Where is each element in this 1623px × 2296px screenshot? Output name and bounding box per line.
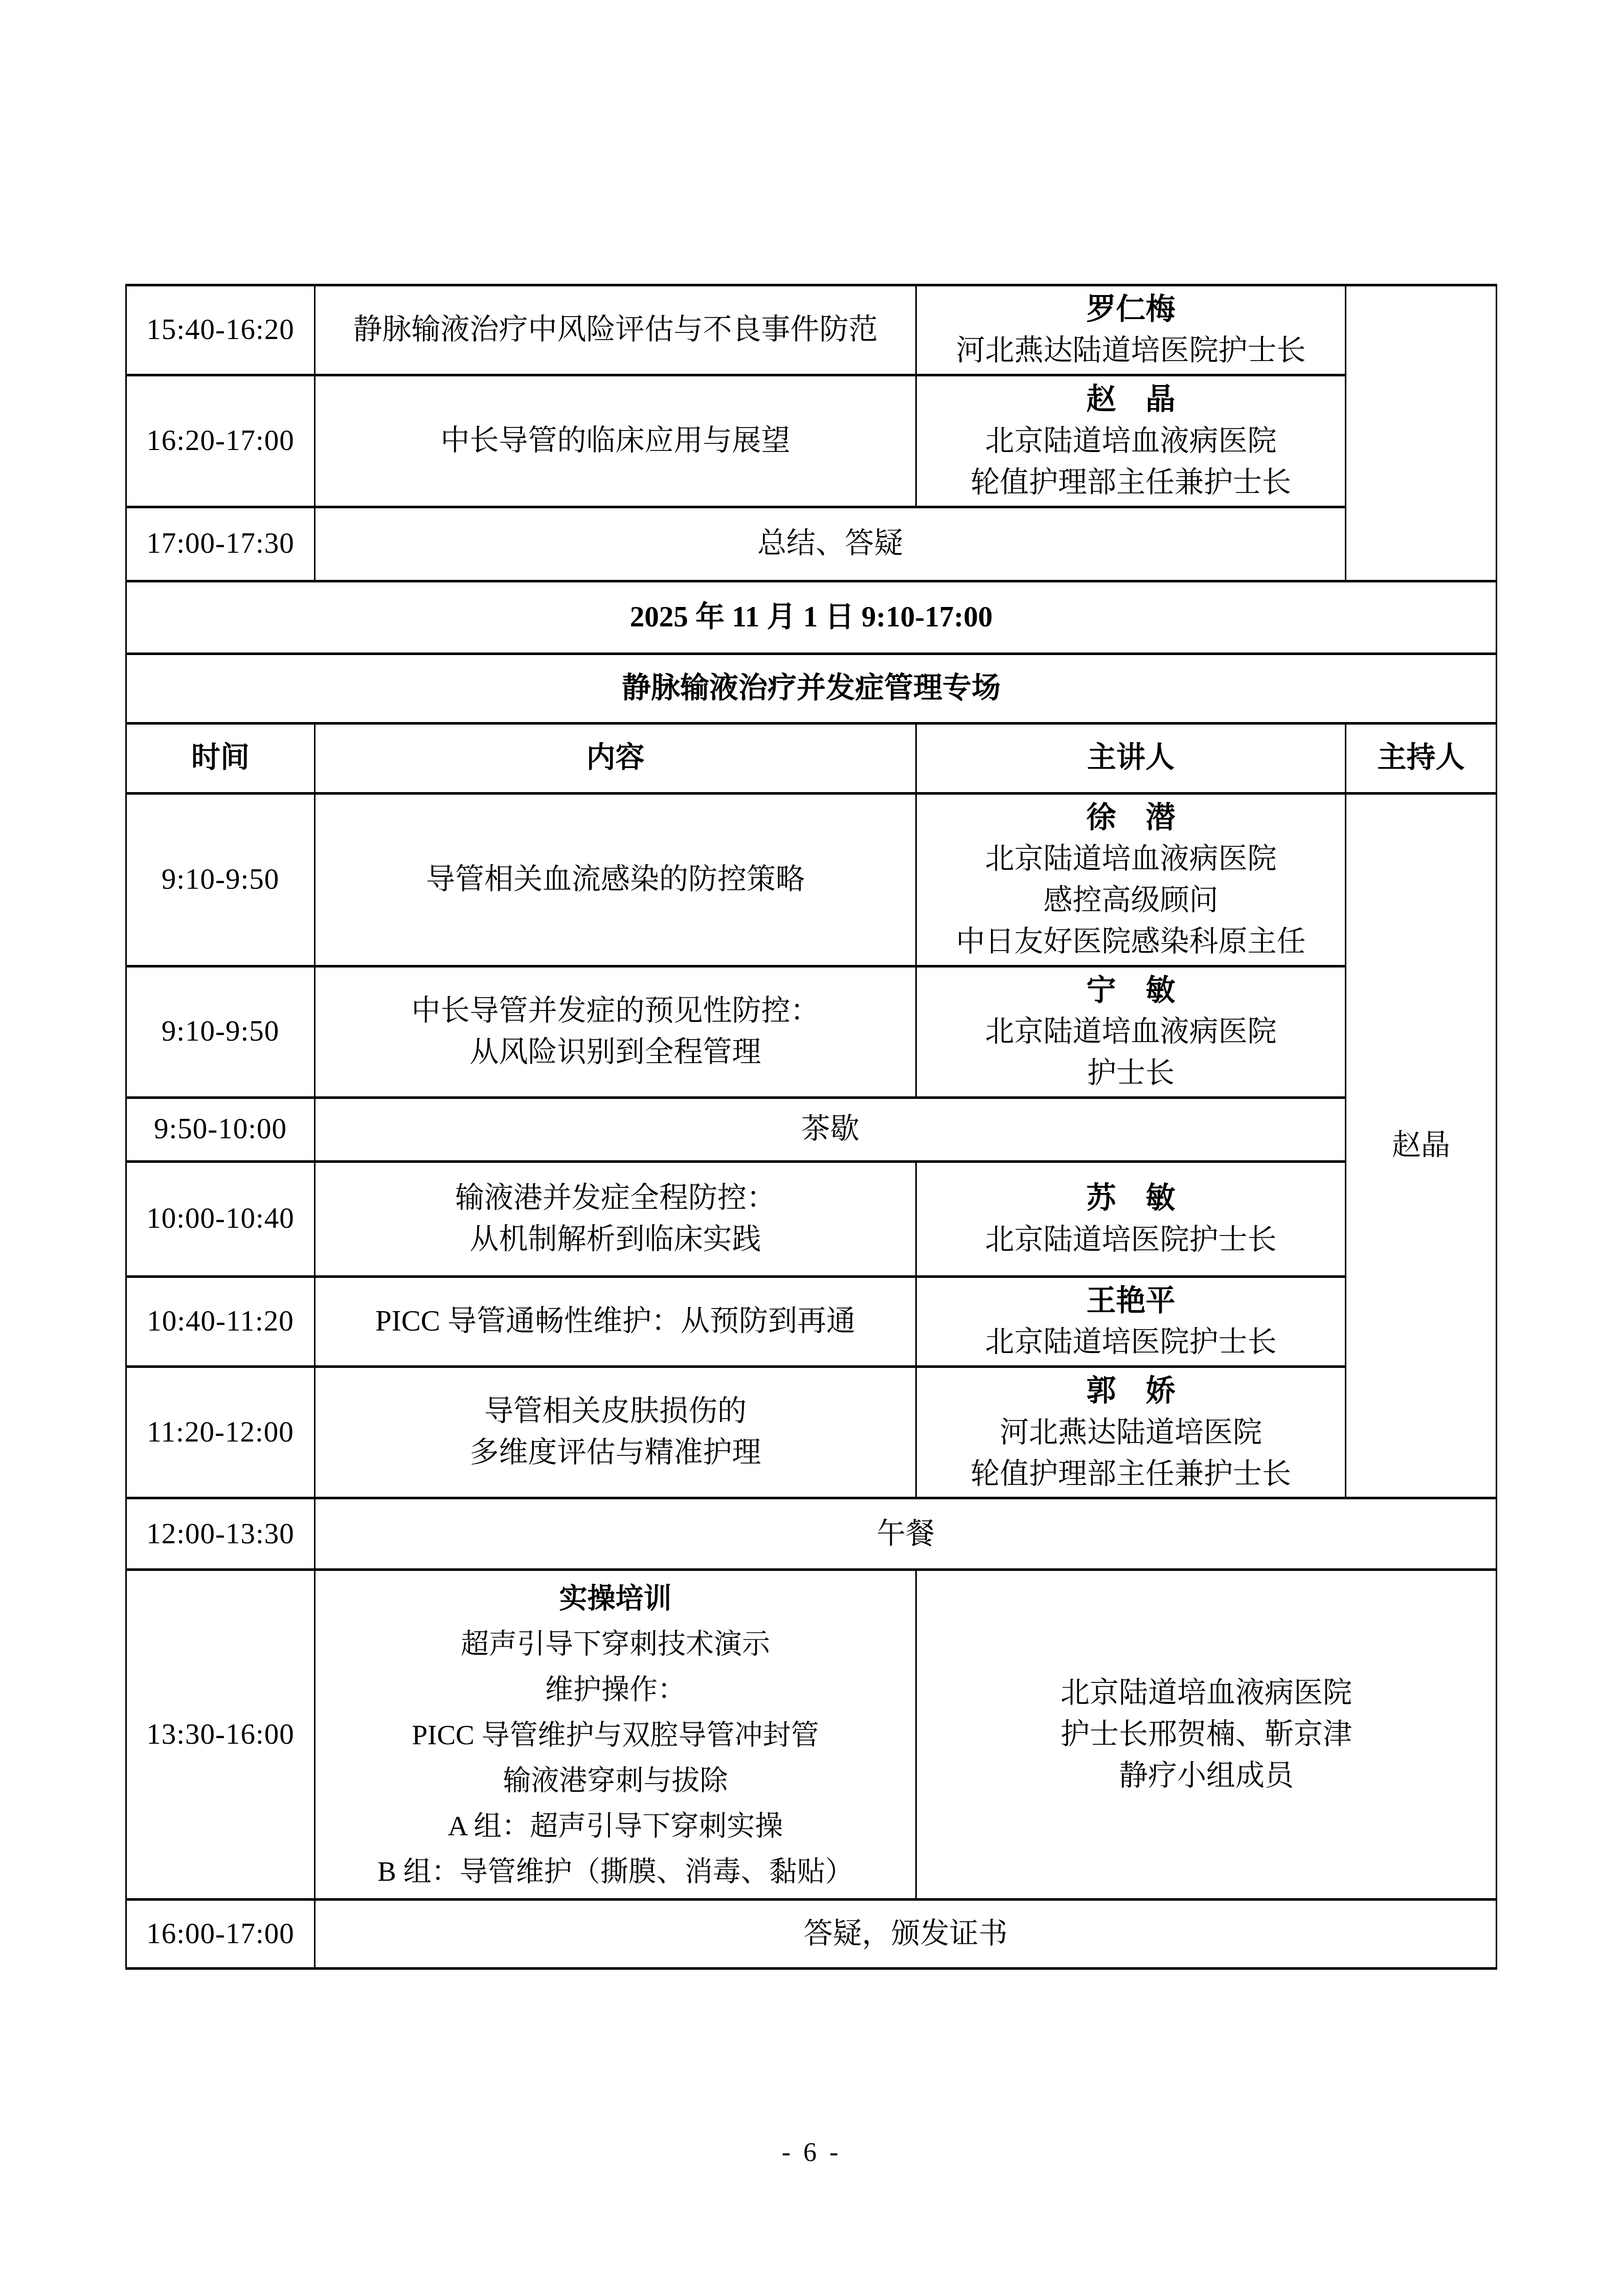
conference-schedule-table: 15:40-16:20 静脉输液治疗中风险评估与不良事件防范 罗仁梅 河北燕达陆…: [125, 284, 1497, 1970]
speaker-affiliation: 北京陆道培血液病医院 轮值护理部主任兼护士长: [920, 421, 1342, 504]
speaker-affiliation: 河北燕达陆道培医院护士长: [920, 330, 1342, 372]
time-cell: 9:10-9:50: [126, 793, 315, 966]
speaker-name: 郭 娇: [920, 1370, 1342, 1412]
host-cell: 赵晶: [1346, 793, 1497, 1498]
speaker-cell: 郭 娇 河北燕达陆道培医院 轮值护理部主任兼护士长: [916, 1367, 1346, 1498]
header-cell-content: 内容: [315, 723, 916, 793]
table-row: 10:40-11:20 PICC 导管通畅性维护：从预防到再通 王艳平 北京陆道…: [126, 1276, 1497, 1366]
session-title: 静脉输液治疗并发症管理专场: [126, 654, 1497, 723]
table-row: 11:20-12:00 导管相关皮肤损伤的 多维度评估与精准护理 郭 娇 河北燕…: [126, 1367, 1497, 1498]
content-cell: 中长导管的临床应用与展望: [315, 375, 916, 507]
date-header: 2025 年 11 月 1 日 9:10-17:00: [126, 581, 1497, 654]
column-header-row: 时间 内容 主讲人 主持人: [126, 723, 1497, 793]
time-cell: 12:00-13:30: [126, 1498, 315, 1570]
time-cell: 9:50-10:00: [126, 1097, 315, 1161]
speaker-affiliation: 北京陆道培血液病医院 感控高级顾问 中日友好医院感染科原主任: [920, 839, 1342, 963]
speaker-name: 赵 晶: [920, 378, 1342, 420]
content-cell: 午餐: [315, 1498, 1497, 1570]
practice-session-details: 超声引导下穿刺技术演示 维护操作： PICC 导管维护与双腔导管冲封管 输液港穿…: [319, 1621, 912, 1895]
speaker-cell: 北京陆道培血液病医院 护士长邢贺楠、靳京津 静疗小组成员: [916, 1570, 1497, 1900]
speaker-name: 王艳平: [920, 1280, 1342, 1322]
table-row: 9:10-9:50 导管相关血流感染的防控策略 徐 潜 北京陆道培血液病医院 感…: [126, 793, 1497, 966]
content-cell: 答疑，颁发证书: [315, 1900, 1497, 1969]
speaker-cell: 徐 潜 北京陆道培血液病医院 感控高级顾问 中日友好医院感染科原主任: [916, 793, 1346, 966]
speaker-cell: 王艳平 北京陆道培医院护士长: [916, 1276, 1346, 1366]
program-page: 15:40-16:20 静脉输液治疗中风险评估与不良事件防范 罗仁梅 河北燕达陆…: [0, 0, 1623, 2296]
content-cell: 导管相关皮肤损伤的 多维度评估与精准护理: [315, 1367, 916, 1498]
speaker-cell: 宁 敏 北京陆道培血液病医院 护士长: [916, 966, 1346, 1097]
time-cell: 10:40-11:20: [126, 1276, 315, 1366]
time-cell: 11:20-12:00: [126, 1367, 315, 1498]
page-number: - 6 -: [0, 2137, 1623, 2168]
content-cell: 总结、答疑: [315, 507, 1346, 581]
speaker-cell: 赵 晶 北京陆道培血液病医院 轮值护理部主任兼护士长: [916, 375, 1346, 507]
time-cell: 13:30-16:00: [126, 1570, 315, 1900]
content-cell: 输液港并发症全程防控： 从机制解析到临床实践: [315, 1161, 916, 1276]
speaker-name: 徐 潜: [920, 797, 1342, 839]
time-cell: 9:10-9:50: [126, 966, 315, 1097]
table-row: 12:00-13:30 午餐: [126, 1498, 1497, 1570]
table-row: 13:30-16:00 实操培训 超声引导下穿刺技术演示 维护操作： PICC …: [126, 1570, 1497, 1900]
header-cell-speaker: 主讲人: [916, 723, 1346, 793]
host-cell-empty: [1346, 285, 1497, 581]
speaker-affiliation: 河北燕达陆道培医院 轮值护理部主任兼护士长: [920, 1412, 1342, 1495]
time-cell: 16:00-17:00: [126, 1900, 315, 1969]
speaker-cell: 苏 敏 北京陆道培医院护士长: [916, 1161, 1346, 1276]
speaker-name: 罗仁梅: [920, 288, 1342, 330]
table-row: 17:00-17:30 总结、答疑: [126, 507, 1497, 581]
speaker-affiliation: 北京陆道培医院护士长: [920, 1220, 1342, 1261]
content-cell: 静脉输液治疗中风险评估与不良事件防范: [315, 285, 916, 375]
header-cell-time: 时间: [126, 723, 315, 793]
speaker-name: 苏 敏: [920, 1177, 1342, 1219]
practice-session-title: 实操培训: [319, 1575, 912, 1621]
content-cell: PICC 导管通畅性维护：从预防到再通: [315, 1276, 916, 1366]
session-title-row: 静脉输液治疗并发症管理专场: [126, 654, 1497, 723]
speaker-cell: 罗仁梅 河北燕达陆道培医院护士长: [916, 285, 1346, 375]
time-cell: 15:40-16:20: [126, 285, 315, 375]
table-row: 9:10-9:50 中长导管并发症的预见性防控： 从风险识别到全程管理 宁 敏 …: [126, 966, 1497, 1097]
time-cell: 16:20-17:00: [126, 375, 315, 507]
speaker-name: 宁 敏: [920, 970, 1342, 1011]
speaker-affiliation: 北京陆道培医院护士长: [920, 1322, 1342, 1363]
content-cell: 中长导管并发症的预见性防控： 从风险识别到全程管理: [315, 966, 916, 1097]
table-row: 16:00-17:00 答疑，颁发证书: [126, 1900, 1497, 1969]
speaker-group: 北京陆道培血液病医院 护士长邢贺楠、靳京津 静疗小组成员: [920, 1673, 1493, 1797]
date-header-row: 2025 年 11 月 1 日 9:10-17:00: [126, 581, 1497, 654]
content-cell: 实操培训 超声引导下穿刺技术演示 维护操作： PICC 导管维护与双腔导管冲封管…: [315, 1570, 916, 1900]
table-row: 16:20-17:00 中长导管的临床应用与展望 赵 晶 北京陆道培血液病医院 …: [126, 375, 1497, 507]
table-row: 9:50-10:00 茶歇: [126, 1097, 1497, 1161]
table-row: 15:40-16:20 静脉输液治疗中风险评估与不良事件防范 罗仁梅 河北燕达陆…: [126, 285, 1497, 375]
time-cell: 17:00-17:30: [126, 507, 315, 581]
header-cell-host: 主持人: [1346, 723, 1497, 793]
content-cell: 茶歇: [315, 1097, 1346, 1161]
time-cell: 10:00-10:40: [126, 1161, 315, 1276]
table-row: 10:00-10:40 输液港并发症全程防控： 从机制解析到临床实践 苏 敏 北…: [126, 1161, 1497, 1276]
speaker-affiliation: 北京陆道培血液病医院 护士长: [920, 1011, 1342, 1094]
content-cell: 导管相关血流感染的防控策略: [315, 793, 916, 966]
